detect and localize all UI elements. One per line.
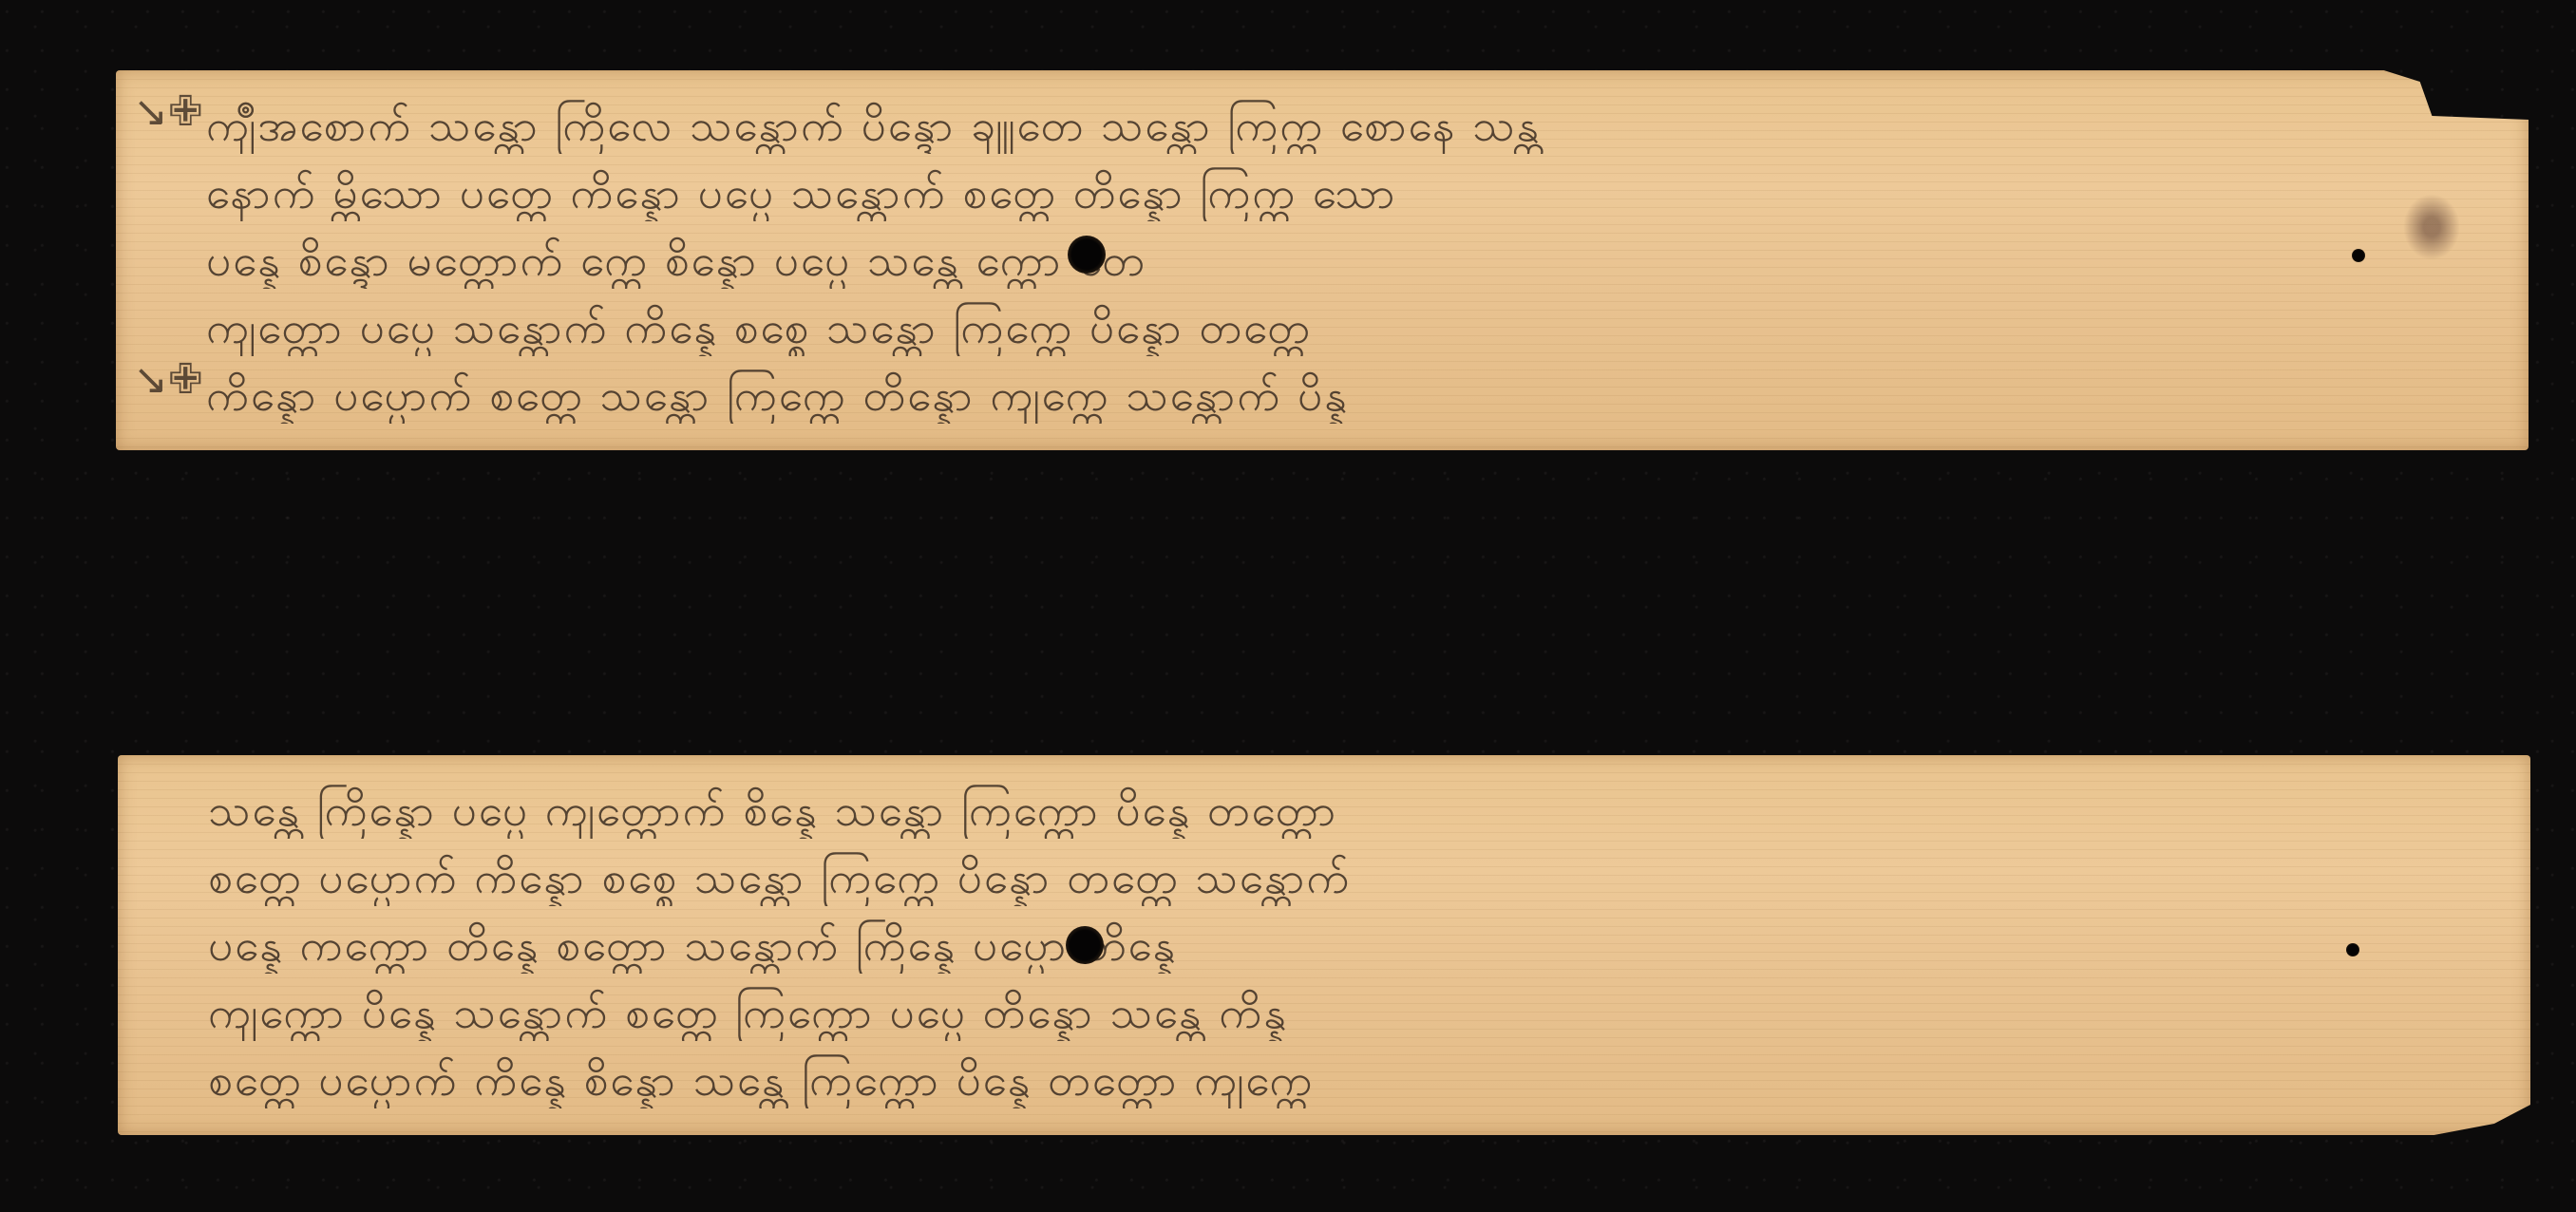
script-line: ပန္နေ စိန္ဒော မတ္တောက် က္ကေ စိန္နော ပပ္ပ… [206,232,2472,289]
margin-mark-bottom: ↘✙ [133,355,203,404]
script-line: စတ္တေ ပပ္ပောက် ကိန္နေ စိန္နော သန္တေ ကြက္… [208,1051,2473,1108]
script-line: သန္တေ ကြိန္နော ပပ္ပေ ကျတ္တောက် စိန္နေ သန… [208,782,2473,839]
string-hole [1068,236,1106,274]
palm-leaf-folio-bottom: သန္တေ ကြိန္နော ပပ္ပေ ကျတ္တောက် စိန္နေ သန… [118,755,2530,1135]
script-line: ကျက္ကော ပိန္နေ သန္တောက် စတ္တေ ကြက္ကော ပပ… [208,984,2473,1041]
script-line: ပန္နေ ကက္ကော တိန္နေ စတ္တော သန္တောက် ကြိန… [208,917,2473,974]
stain-mark [2403,194,2460,260]
small-hole [2346,943,2359,956]
string-hole [1066,926,1104,964]
palm-leaf-folio-top: ↘✙ ↘✙ ကျိဳအစောက် သန္တော ကြိလေ သန္တောက် ပ… [116,70,2529,450]
script-line: ကိန္နော ပပ္ပောက် စတ္တေ သန္တော ကြက္ကေ တိန… [206,367,2472,424]
script-line: စတ္တေ ပပ္ပောက် ကိန္နော စစ္စေ သန္တော ကြက္… [208,849,2473,906]
script-lines: ကျိဳအစောက် သန္တော ကြိလေ သန္တောက် ပိန္ဒော… [206,97,2472,424]
script-line: ကျတ္တော ပပ္ပေ သန္တောက် ကိန္နေ စစ္စေ သန္တ… [206,299,2472,356]
small-hole [2352,249,2365,262]
script-lines: သန္တေ ကြိန္နော ပပ္ပေ ကျတ္တောက် စိန္နေ သန… [208,782,2473,1108]
margin-mark-top: ↘✙ [133,87,203,136]
script-line: ကျိဳအစောက် သန္တော ကြိလေ သန္တောက် ပိန္ဒော… [206,97,2472,154]
script-line: နောက် မ္ကိသော ပတ္တေ ကိန္နော ပပ္ပေ သန္တော… [206,164,2472,221]
